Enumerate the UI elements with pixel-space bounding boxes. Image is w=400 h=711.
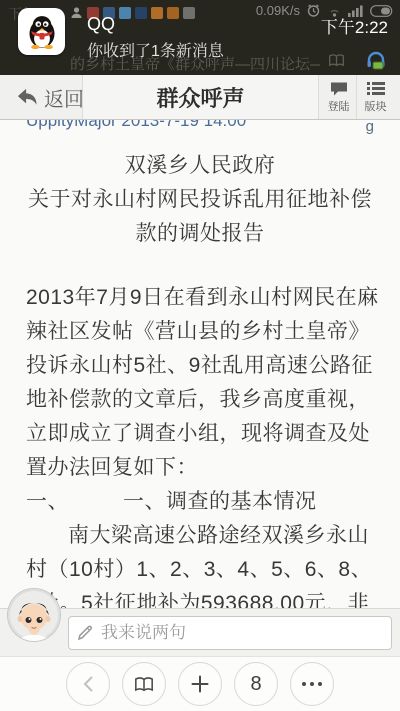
- notification-shade[interactable]: 下午2:22 0.09K/s: [0, 0, 400, 75]
- screen: 下午2:22 0.09K/s: [0, 0, 400, 711]
- person-icon: [70, 6, 83, 19]
- heading-line: 双溪乡人民政府: [26, 149, 374, 183]
- post-meta-row: UppityMajor 2013-7-19 14:00 g: [0, 120, 400, 137]
- app-notification-icon: [151, 7, 163, 19]
- body-line: 辣社区发帖《营山县的乡村土皇帝》: [26, 315, 374, 349]
- back-arrow-icon: [16, 87, 38, 107]
- new-tab-button[interactable]: [178, 662, 222, 706]
- boards-label: 版块: [365, 98, 387, 114]
- chevron-left-icon: [81, 675, 95, 693]
- forum-navbar: 返回 群众呼声 登陆 版块: [0, 75, 400, 120]
- browser-toolbar: 8: [0, 656, 400, 711]
- reading-mode-icon: [328, 53, 345, 68]
- body-line: 一、 一、调查的基本情况: [26, 485, 374, 519]
- notification-time: 下午2:22: [321, 13, 388, 38]
- voice-headset-icon: [366, 51, 386, 70]
- speech-bubble-icon: [330, 81, 348, 96]
- notification-app-name: QQ: [87, 14, 115, 35]
- page-title: 群众呼声: [83, 75, 318, 119]
- back-button[interactable]: 返回: [10, 75, 90, 119]
- heading-line: 关于对永山村网民投诉乱用征地补偿: [26, 183, 374, 217]
- dimmed-browser-titlebar: 的乡村土皇帝《群众呼声—四川论坛—麻辣: [0, 48, 400, 75]
- back-label: 返回: [44, 83, 84, 112]
- body-line: 2013年7月9日在看到永山村网民在麻: [26, 281, 374, 315]
- app-notification-icon: [135, 7, 147, 19]
- body-line: 地补偿款的文章后，我乡高度重视，: [26, 383, 374, 417]
- post-content-area: UppityMajor 2013-7-19 14:00 g 双溪乡人民政府 关于…: [0, 120, 400, 608]
- login-button[interactable]: 登陆: [320, 75, 357, 119]
- post-body: 双溪乡人民政府 关于对永山村网民投诉乱用征地补偿 款的调处报告 2013年7月9…: [0, 137, 400, 655]
- user-avatar[interactable]: [8, 589, 60, 641]
- tabs-button[interactable]: 8: [234, 662, 278, 706]
- boards-button[interactable]: 版块: [357, 75, 394, 119]
- more-dots-icon: [302, 682, 322, 686]
- alarm-icon: [306, 3, 321, 18]
- blank-line: [26, 251, 374, 281]
- meta-right-fragment: g: [366, 120, 374, 137]
- app-notification-icon: [167, 7, 179, 19]
- net-speed: 0.09K/s: [256, 3, 300, 18]
- faded-page-title: 的乡村土皇帝《群众呼声—四川论坛—麻辣: [70, 53, 320, 74]
- plus-icon: [191, 675, 209, 693]
- heading-line: 款的调处报告: [26, 217, 374, 251]
- avatar-boy-icon: [8, 589, 60, 641]
- author-link[interactable]: UppityMajor 2013-7-19 14:00: [26, 120, 246, 137]
- divider: [318, 75, 319, 119]
- comment-bar: [0, 608, 400, 656]
- bookmarks-button[interactable]: [122, 662, 166, 706]
- app-notification-icon: [119, 7, 131, 19]
- open-book-icon: [134, 676, 154, 693]
- login-label: 登陆: [328, 98, 350, 114]
- comment-input[interactable]: [68, 616, 392, 650]
- body-line: 立即成立了调查小组，现将调查及处: [26, 417, 374, 451]
- body-line: 南大梁高速公路途经双溪乡永山: [26, 519, 374, 553]
- comment-input-wrap: [68, 616, 392, 650]
- qq-penguin-icon: [22, 12, 62, 52]
- menu-button[interactable]: [290, 662, 334, 706]
- list-icon: [367, 81, 385, 96]
- body-line: 置办法回复如下：: [26, 451, 374, 485]
- app-notification-icon: [183, 7, 195, 19]
- nav-back-button[interactable]: [66, 662, 110, 706]
- tab-count: 8: [250, 673, 261, 696]
- body-line: 投诉永山村5社、9社乱用高速公路征: [26, 349, 374, 383]
- body-line: 村（10村）1、2、3、4、5、6、8、: [26, 553, 374, 587]
